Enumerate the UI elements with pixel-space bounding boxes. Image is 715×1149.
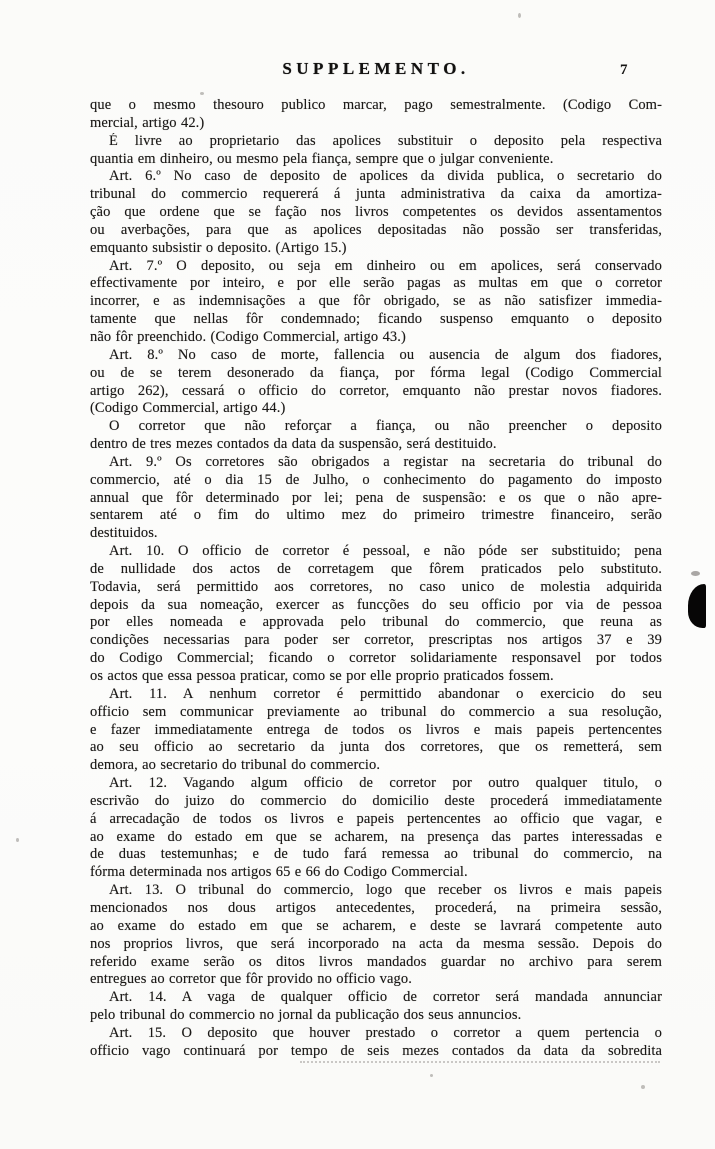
- text-line: É livre ao proprietario das apolices sub…: [90, 133, 662, 151]
- text-line: e fazer immediatamente entrega de todos …: [90, 722, 662, 740]
- text-line: fórma determinada nos artigos 65 e 66 do…: [90, 864, 662, 882]
- text-line: que o mesmo thesouro publico marcar, pag…: [90, 97, 662, 115]
- text-line: ao exame do estado em que se acharem, e …: [90, 918, 662, 936]
- text-line: por elles nomeada e approvada pelo tribu…: [90, 614, 662, 632]
- text-line: O corretor que não reforçar a fiança, ou…: [90, 418, 662, 436]
- text-line: sentarem até o fim do ultimo mez do prim…: [90, 507, 662, 525]
- text-line: não fôr preenchido. (Codigo Commercial, …: [90, 329, 662, 347]
- text-line: mencionados nos dous artigos antecedente…: [90, 900, 662, 918]
- text-line: demora, ao secretario do tribunal do com…: [90, 757, 662, 775]
- text-line: Art. 10. O officio de corretor é pessoal…: [90, 543, 662, 561]
- text-line: ção que ordene que se fação nos livros c…: [90, 204, 662, 222]
- page-number: 7: [620, 62, 650, 79]
- text-line: entregues ao corretor que fôr provido no…: [90, 971, 662, 989]
- scan-speck-artifact: [641, 1085, 645, 1089]
- text-line: de nullidade dos actos de corretagem que…: [90, 561, 662, 579]
- text-line: á arrecadação de todos os livros e papei…: [90, 811, 662, 829]
- ink-speck-artifact: [691, 571, 700, 576]
- text-line: Art. 6.º No caso de deposito de apolices…: [90, 168, 662, 186]
- text-line: ao seu officio ao secretario da junta do…: [90, 739, 662, 757]
- text-line: artigo 262), cessará o officio do corret…: [90, 383, 662, 401]
- text-line: escrivão do juizo do commercio do domici…: [90, 793, 662, 811]
- text-line: referido exame serão os ditos livros man…: [90, 954, 662, 972]
- text-line: annual que fôr determinado por lei; pena…: [90, 490, 662, 508]
- scanned-book-page: SUPPLEMENTO. 7 que o mesmo thesouro publ…: [0, 0, 715, 1149]
- running-header-title: SUPPLEMENTO.: [90, 59, 662, 79]
- text-line: dentro de tres mezes contados da data da…: [90, 436, 662, 454]
- text-line: Art. 9.º Os corretores são obrigados a r…: [90, 454, 662, 472]
- scan-speck-artifact: [430, 1074, 433, 1077]
- page-body-text: que o mesmo thesouro publico marcar, pag…: [90, 97, 662, 1061]
- scan-noise-artifact: [300, 1061, 660, 1063]
- text-line: nos proprios livros, que será incorporad…: [90, 936, 662, 954]
- text-line: effectivamente por inteiro, e por elle s…: [90, 275, 662, 293]
- text-line: ou averbações, para que as apolices depo…: [90, 222, 662, 240]
- text-line: quantia em dinheiro, ou mesmo pela fianç…: [90, 151, 662, 169]
- text-line: Art. 11. A nenhum corretor é permittido …: [90, 686, 662, 704]
- text-line: mercial, artigo 42.): [90, 115, 662, 133]
- text-line: condições necessarias para poder ser cor…: [90, 632, 662, 650]
- scan-speck-artifact: [16, 838, 19, 842]
- text-line: emquanto subsistir o deposito. (Artigo 1…: [90, 240, 662, 258]
- text-line: officio vago continuará por tempo de sei…: [90, 1043, 662, 1061]
- scan-speck-artifact: [200, 92, 204, 95]
- text-line: Todavia, será permittido aos corretores,…: [90, 579, 662, 597]
- scan-speck-artifact: [518, 13, 521, 18]
- text-line: Art. 8.º No caso de morte, fallencia ou …: [90, 347, 662, 365]
- text-line: Art. 12. Vagando algum officio de corret…: [90, 775, 662, 793]
- text-line: tribunal do commercio requererá á junta …: [90, 186, 662, 204]
- text-line: destituidos.: [90, 525, 662, 543]
- text-line: de duas testemunhas; e de tudo fará reme…: [90, 846, 662, 864]
- ink-blot-artifact: [688, 584, 706, 628]
- text-line: ao exame do estado em que se acharem, na…: [90, 829, 662, 847]
- text-line: (Codigo Commercial, artigo 44.): [90, 400, 662, 418]
- text-line: incorrer, e as indemnisações a que fôr o…: [90, 293, 662, 311]
- text-line: tamente que nellas fôr condemnado; fican…: [90, 311, 662, 329]
- text-line: depois da sua nomeação, exercer as funcç…: [90, 597, 662, 615]
- text-line: officio sem communicar previamente ao tr…: [90, 704, 662, 722]
- text-line: Art. 13. O tribunal do commercio, logo q…: [90, 882, 662, 900]
- text-line: Art. 15. O deposito que houver prestado …: [90, 1025, 662, 1043]
- text-line: commercio, até o dia 15 de Julho, o conh…: [90, 472, 662, 490]
- text-line: Art. 14. A vaga de qualquer officio de c…: [90, 989, 662, 1007]
- text-line: pelo tribunal do commercio no jornal da …: [90, 1007, 662, 1025]
- text-line: Art. 7.º O deposito, ou seja em dinheiro…: [90, 258, 662, 276]
- text-line: os actos que essa pessoa praticar, como …: [90, 668, 662, 686]
- text-line: ou de se terem desonerado da fiança, por…: [90, 365, 662, 383]
- text-line: do Codigo Commercial; ficando o corretor…: [90, 650, 662, 668]
